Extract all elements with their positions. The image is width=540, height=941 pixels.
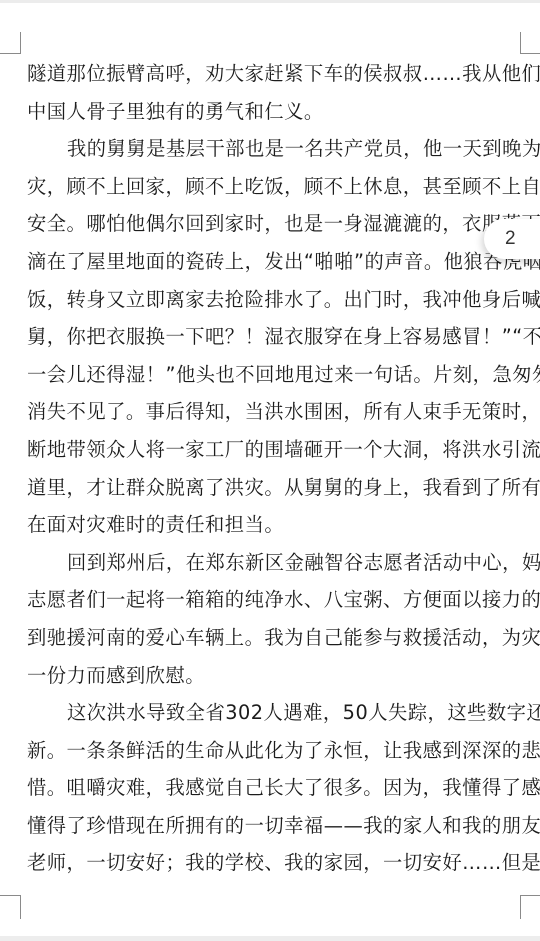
margin-corner-mark-top-left bbox=[0, 32, 21, 54]
text-line: 道里，才让群众脱离了洪灾。从舅舅的身上，我看到了所有基层干部 bbox=[27, 469, 521, 507]
document-page: 隧道那位振臂高呼，劝大家赶紧下车的侯叔叔……我从他们身上看到了 中国人骨子里独有… bbox=[0, 3, 540, 936]
text-line: 灾，顾不上回家，顾不上吃饭，顾不上休息，甚至顾不上自己的生命 bbox=[27, 168, 521, 206]
text-line: 断地带领众人将一家工厂的围墙砸开一个大洞，将洪水引流到排水管 bbox=[27, 431, 521, 469]
paragraph-first-line: 我的舅舅是基层干部也是一名共产党员，他一天到晚为了抗洪救 bbox=[27, 130, 521, 168]
text-line: 一会儿还得湿！”他头也不回地甩过来一句话。片刻，急匆匆的身影就 bbox=[27, 356, 521, 394]
text-line: 一份力而感到欣慰。 bbox=[27, 657, 521, 695]
text-line: 滴在了屋里地面的瓷砖上，发出“啪啪”的声音。他狼吞虎咽地吃完 bbox=[27, 243, 521, 281]
paragraph-first-line: 这次洪水导致全省302人遇难，50人失踪，这些数字还在不断更 bbox=[27, 694, 521, 732]
text-line: 老师，一切安好；我的学校、我的家园，一切安好……但是，从中我也 bbox=[27, 844, 521, 882]
text-line: 在面对灾难时的责任和担当。 bbox=[27, 506, 521, 544]
text-line: 中国人骨子里独有的勇气和仁义。 bbox=[27, 93, 521, 131]
margin-corner-mark-bottom-right bbox=[520, 895, 540, 919]
text-line: 到驰援河南的爱心车辆上。我为自己能参与救援活动，为灾区人民尽 bbox=[27, 619, 521, 657]
text-line: 惜。咀嚼灾难，我感觉自己长大了很多。因为，我懂得了感恩生命， bbox=[27, 769, 521, 807]
text-line: 舅，你把衣服换一下吧？！湿衣服穿在身上容易感冒！”“不用，换上 bbox=[27, 318, 521, 356]
text-line: 饭，转身又立即离家去抢险排水了。出门时，我冲他身后喊道：“舅 bbox=[27, 281, 521, 319]
text-line: 懂得了珍惜现在所拥有的一切幸福——我的家人和我的朋友、同学、 bbox=[27, 807, 521, 845]
margin-corner-mark-top-right bbox=[520, 32, 540, 54]
paragraph-first-line: 回到郑州后，在郑东新区金融智谷志愿者活动中心，妈妈带我和 bbox=[27, 544, 521, 582]
text-line: 消失不见了。事后得知，当洪水围困，所有人束手无策时，是舅舅果 bbox=[27, 393, 521, 431]
page-number-label: 2 bbox=[505, 228, 516, 250]
page-number-indicator[interactable]: 2 bbox=[484, 219, 540, 259]
margin-corner-mark-bottom-left bbox=[0, 895, 21, 919]
document-body-text: 隧道那位振臂高呼，劝大家赶紧下车的侯叔叔……我从他们身上看到了 中国人骨子里独有… bbox=[27, 55, 521, 882]
text-line: 新。一条条鲜活的生命从此化为了永恒，让我感到深深的悲痛和惋 bbox=[27, 732, 521, 770]
page-bottom-edge bbox=[0, 936, 540, 941]
text-line: 志愿者们一起将一箱箱的纯净水、八宝粥、方便面以接力的方式搬运 bbox=[27, 581, 521, 619]
text-line: 隧道那位振臂高呼，劝大家赶紧下车的侯叔叔……我从他们身上看到了 bbox=[27, 55, 521, 93]
text-line: 安全。哪怕他偶尔回到家时，也是一身湿漉漉的，衣服落下来的水 bbox=[27, 205, 521, 243]
